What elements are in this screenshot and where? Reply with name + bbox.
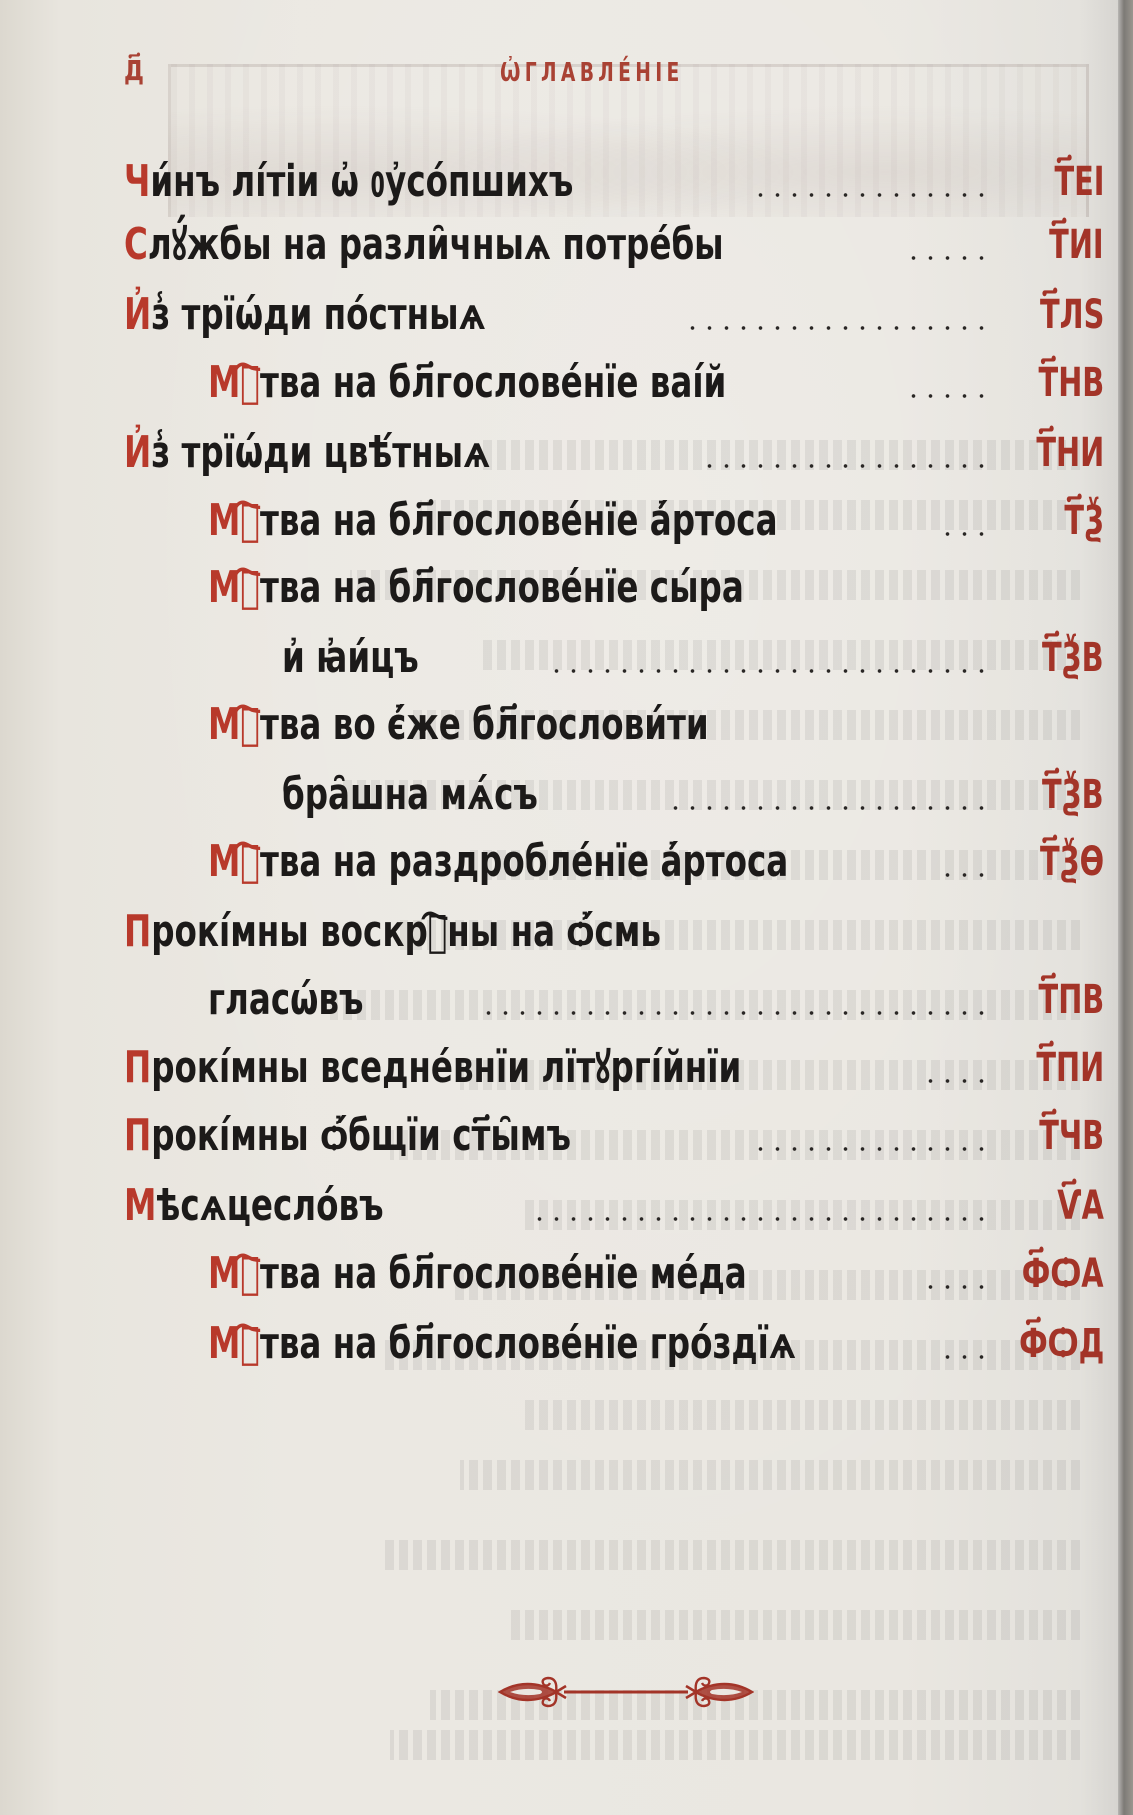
dot-leader <box>531 1216 990 1222</box>
dot-leader <box>752 1146 990 1152</box>
toc-entry-text: ⷧ҇тва на бл҃гослове́нїе а҆́ртоса <box>260 495 778 546</box>
toc-entry[interactable]: Мⷧ҇тва на бл҃гослове́нїе гро́здїѧФ҃ѺД <box>0 1316 1118 1372</box>
rubric-initial: П <box>124 906 151 957</box>
toc-entry-title: Чи́нъ лі́тіи ѡ҆ ᲂу҆со́пшихъ <box>124 154 573 210</box>
bleed-through-text <box>510 1610 1080 1640</box>
dot-leader <box>922 1284 990 1290</box>
toc-entry-text: ⷧ҇тва на бл҃гослове́нїе ме́да <box>260 1248 747 1299</box>
toc-entry[interactable]: Мⷧ҇тва на бл҃гослове́нїе а҆́ртосаТ҃Ѯ <box>0 493 1118 549</box>
toc-entry[interactable]: Мⷧ҇тва на бл҃гослове́нїе ме́даФ҃ѺА <box>0 1246 1118 1302</box>
rubric-initial: П <box>124 1110 151 1161</box>
toc-entry[interactable]: Слꙋ́жбы на разли̑чныѧ потре́быТ҃ИІ <box>0 217 1118 273</box>
rubric-initial: М <box>208 699 260 750</box>
rubric-initial: М <box>124 1180 156 1231</box>
running-title: Ѡ҆ГЛАВЛЕ́НІЕ <box>500 58 684 88</box>
toc-entry[interactable]: и҆ ꙗ҆и́цъТ҃ѮВ <box>0 630 1118 686</box>
dot-leader <box>939 531 990 537</box>
toc-entry[interactable]: И҆з̾ трїѡ́ди цвѣ́тныѧТ҃НИ <box>0 425 1118 481</box>
toc-entry-title: и҆ ꙗ҆и́цъ <box>282 630 419 686</box>
toc-entry-title: Мⷧ҇тва на бл҃гослове́нїе сы́ра <box>208 560 744 616</box>
dot-leader <box>939 1354 990 1360</box>
toc-entry[interactable]: Прокі́мны ѻ҆́бщїи ст҃ы̑мъТ҃ЧВ <box>0 1108 1118 1164</box>
toc-entry-text: лꙋ́жбы на разли̑чныѧ потре́бы <box>148 219 724 270</box>
rubric-initial: М <box>208 1318 260 1369</box>
toc-page-number: Т҃ЛЅ <box>1040 287 1104 343</box>
dot-leader <box>752 192 990 198</box>
dot-leader <box>701 463 990 469</box>
bleed-through-text <box>460 1460 1080 1490</box>
toc-entry[interactable]: Мⷧ҇тва на бл҃гослове́нїе сы́ра <box>0 560 1118 616</box>
page-header: Д҃ Ѡ҆ГЛАВЛЕ́НІЕ <box>0 50 1118 94</box>
toc-entry-text: ҆з̾ трїѡ́ди цвѣ́тныѧ <box>151 427 490 478</box>
toc-entry-title: Мⷧ҇тва во є҆́же бл҃гослови́ти <box>208 697 709 753</box>
toc-entry-title: Мⷧ҇тва на бл҃гослове́нїе а҆́ртоса <box>208 493 778 549</box>
dot-leader <box>480 1010 990 1016</box>
page-folio-number: Д҃ <box>124 54 144 87</box>
dot-leader <box>548 668 990 674</box>
toc-entry-title: И҆з̾ трїѡ́ди по́стныѧ <box>124 287 486 343</box>
toc-entry-title: Мⷧ҇тва на бл҃гослове́нїе ваі́й <box>208 355 726 411</box>
rubric-initial: М <box>208 1248 260 1299</box>
rubric-initial: Ч <box>124 156 150 207</box>
rubric-initial: М <box>208 562 260 613</box>
toc-entry-title: бра̑шна мѧ́съ <box>282 767 538 823</box>
rubric-initial: М <box>208 495 260 546</box>
toc-entry-text: ⷧ҇тва на раздробле́нїе а҆́ртоса <box>260 836 788 887</box>
toc-entry-text: рокі́мны вседне́внїи лїтꙋргі́йнїи <box>151 1042 741 1093</box>
toc-entry[interactable]: Мѣсѧцесло́въѴ҃А <box>0 1178 1118 1234</box>
toc-entry-title: Мѣсѧцесло́въ <box>124 1178 384 1234</box>
rubric-initial: И <box>124 289 151 340</box>
dot-leader <box>939 872 990 878</box>
dot-leader <box>684 325 990 331</box>
toc-page-number: Т҃ѮВ <box>1042 767 1104 823</box>
toc-entry-text: ⷧ҇тва на бл҃гослове́нїе ваі́й <box>260 357 726 408</box>
toc-page-number: Т҃ЧВ <box>1039 1108 1104 1164</box>
bleed-through-text <box>520 1400 1080 1430</box>
toc-entry[interactable]: Прокі́мны воскрⷭ҇ны на ѻ҆́смь <box>0 904 1118 960</box>
rubric-initial: И <box>124 427 151 478</box>
flourish-ornament-icon <box>498 1672 754 1712</box>
toc-page-number: Т҃НИ <box>1036 425 1104 481</box>
toc-entry[interactable]: Мⷧ҇тва на бл҃гослове́нїе ваі́йТ҃НВ <box>0 355 1118 411</box>
toc-page-number: Т҃ѮВ <box>1042 630 1104 686</box>
toc-entry-text: рокі́мны воскрⷭ҇ны на ѻ҆́смь <box>151 906 661 957</box>
toc-entry-title: Прокі́мны вседне́внїи лїтꙋргі́йнїи <box>124 1040 741 1096</box>
toc-entry[interactable]: гласѡ́въТ҃ПВ <box>0 972 1118 1028</box>
toc-entry[interactable]: Чи́нъ лі́тіи ѡ҆ ᲂу҆со́пшихъТ҃ЕІ <box>0 154 1118 210</box>
toc-entry-text: и҆ ꙗ҆и́цъ <box>282 632 419 683</box>
toc-entry-title: гласѡ́въ <box>208 972 364 1028</box>
toc-entry-text: ⷧ҇тва во є҆́же бл҃гослови́ти <box>260 699 709 750</box>
toc-entry-title: Прокі́мны воскрⷭ҇ны на ѻ҆́смь <box>124 904 661 960</box>
book-page: Д҃ Ѡ҆ГЛАВЛЕ́НІЕ Чи́нъ лі́тіи ѡ҆ ᲂу҆со́пш… <box>0 0 1118 1815</box>
toc-entry[interactable]: Мⷧ҇тва на раздробле́нїе а҆́ртосаТ҃ѮѲ <box>0 834 1118 890</box>
toc-page-number: Ѵ҃А <box>1057 1178 1104 1234</box>
toc-page-number: Т҃ѮѲ <box>1040 834 1104 890</box>
toc-page-number: Ф҃ѺД <box>1019 1316 1104 1372</box>
toc-entry[interactable]: И҆з̾ трїѡ́ди по́стныѧТ҃ЛЅ <box>0 287 1118 343</box>
page-edge-shadow <box>1118 0 1133 1815</box>
rubric-initial: М <box>208 836 260 887</box>
bleed-through-text <box>380 1540 1080 1570</box>
toc-entry-title: Мⷧ҇тва на бл҃гослове́нїе гро́здїѧ <box>208 1316 796 1372</box>
toc-entry-title: Слꙋ́жбы на разли̑чныѧ потре́бы <box>124 217 724 273</box>
toc-entry-text: ⷧ҇тва на бл҃гослове́нїе гро́здїѧ <box>260 1318 796 1369</box>
toc-entry-text: рокі́мны ѻ҆́бщїи ст҃ы̑мъ <box>151 1110 571 1161</box>
toc-entry-title: Прокі́мны ѻ҆́бщїи ст҃ы̑мъ <box>124 1108 571 1164</box>
toc-entry-text: ⷧ҇тва на бл҃гослове́нїе сы́ра <box>260 562 744 613</box>
toc-entry[interactable]: Мⷧ҇тва во є҆́же бл҃гослови́ти <box>0 697 1118 753</box>
toc-entry-title: Мⷧ҇тва на бл҃гослове́нїе ме́да <box>208 1246 747 1302</box>
toc-entry-text: гласѡ́въ <box>208 974 364 1025</box>
toc-entry-title: И҆з̾ трїѡ́ди цвѣ́тныѧ <box>124 425 490 481</box>
toc-entry-text: бра̑шна мѧ́съ <box>282 769 538 820</box>
dot-leader <box>905 393 990 399</box>
toc-entry-text: ҆з̾ трїѡ́ди по́стныѧ <box>151 289 485 340</box>
dot-leader <box>667 805 990 811</box>
toc-page-number: Т҃ИІ <box>1050 217 1104 273</box>
toc-entry[interactable]: Прокі́мны вседне́внїи лїтꙋргі́йнїиТ҃ПИ <box>0 1040 1118 1096</box>
toc-page-number: Т҃Ѯ <box>1064 493 1104 549</box>
toc-entry-text: и́нъ лі́тіи ѡ҆ ᲂу҆со́пшихъ <box>150 156 573 207</box>
dot-leader <box>905 255 990 261</box>
toc-page-number: Т҃ЕІ <box>1054 154 1104 210</box>
toc-page-number: Ф҃ѺА <box>1022 1246 1104 1302</box>
toc-page-number: Т҃ПВ <box>1038 972 1104 1028</box>
dot-leader <box>922 1078 990 1084</box>
toc-page-number: Т҃НВ <box>1038 355 1104 411</box>
toc-entry-title: Мⷧ҇тва на раздробле́нїе а҆́ртоса <box>208 834 788 890</box>
toc-entry[interactable]: бра̑шна мѧ́съТ҃ѮВ <box>0 767 1118 823</box>
rubric-initial: М <box>208 357 260 408</box>
rubric-initial: С <box>124 219 148 270</box>
rubric-initial: П <box>124 1042 151 1093</box>
bleed-through-text <box>390 1730 1080 1760</box>
toc-entry-text: ѣсѧцесло́въ <box>156 1180 383 1231</box>
toc-page-number: Т҃ПИ <box>1036 1040 1104 1096</box>
